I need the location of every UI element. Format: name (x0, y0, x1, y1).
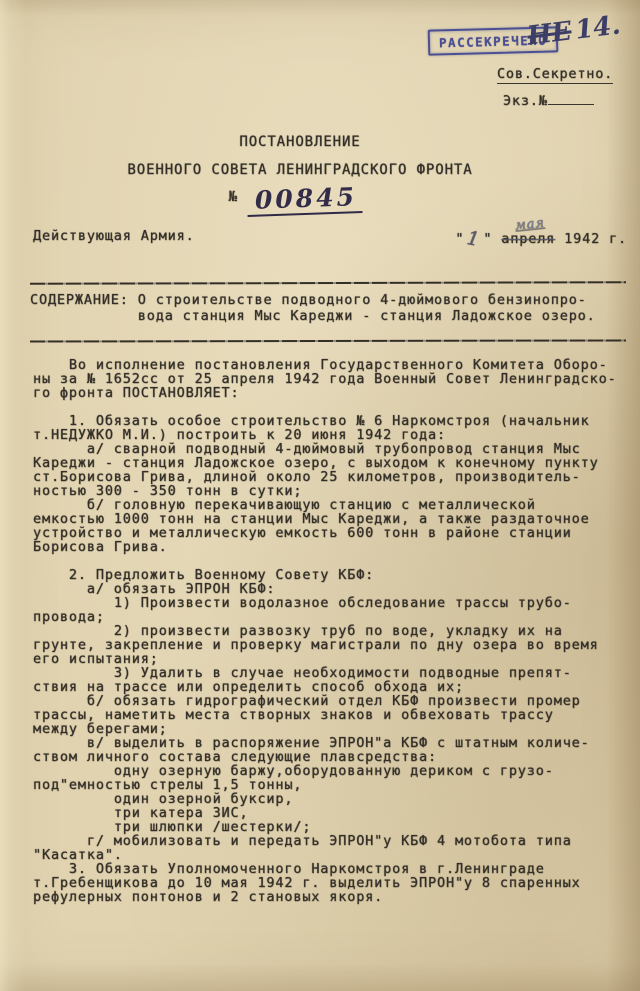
number-sign: № (228, 189, 236, 205)
decree-body-text: Во исполнение постановления Государствен… (33, 358, 635, 904)
date-line: "1" мая апреля 1942 г. (455, 228, 627, 250)
document-title: ПОСТАНОВЛЕНИЕ (0, 134, 600, 150)
document-page: РАССЕКРЕЧЕНО НЕ14. Сов.Секретно. Экз.№ П… (0, 0, 640, 991)
army-date-row: Действующая Армия. "1" мая апреля 1942 г… (33, 228, 627, 250)
document-number-line: № 00845 (0, 184, 600, 215)
horizontal-rule-top (30, 281, 626, 285)
subject-label: СОДЕРЖАНИЕ: (30, 292, 129, 324)
handwritten-note-number: 14. (574, 10, 623, 45)
document-number-handwritten: 00845 (246, 182, 362, 217)
date-year: 1942 г. (564, 231, 627, 247)
title-block: ПОСТАНОВЛЕНИЕ ВОЕННОГО СОВЕТА ЛЕНИНГРАДС… (0, 134, 600, 215)
copy-number-label: Экз.№ (503, 93, 548, 109)
date-month-handwritten: мая (515, 215, 546, 233)
copy-number-blank (548, 92, 594, 105)
date-day-handwritten: 1 (466, 227, 483, 251)
subject-text: О строительстве подводного 4-дюймового б… (138, 292, 596, 324)
date-quote-open: " (455, 231, 464, 247)
handwritten-note: НЕ14. (526, 10, 623, 51)
date-month-typed: апреля (501, 231, 555, 247)
document-subtitle: ВОЕННОГО СОВЕТА ЛЕНИНГРАДСКОГО ФРОНТА (0, 162, 600, 178)
subject-section: СОДЕРЖАНИЕ: О строительстве подводного 4… (30, 292, 630, 324)
army-label: Действующая Армия. (33, 228, 195, 244)
horizontal-rule-bottom (30, 339, 626, 342)
date-quote-close: " (483, 231, 492, 247)
copy-number-line: Экз.№ (503, 92, 594, 109)
date-month-stack: мая апреля (501, 231, 555, 247)
handwritten-note-struck: НЕ (526, 16, 574, 51)
classification-label: Сов.Секретно. (497, 66, 613, 84)
